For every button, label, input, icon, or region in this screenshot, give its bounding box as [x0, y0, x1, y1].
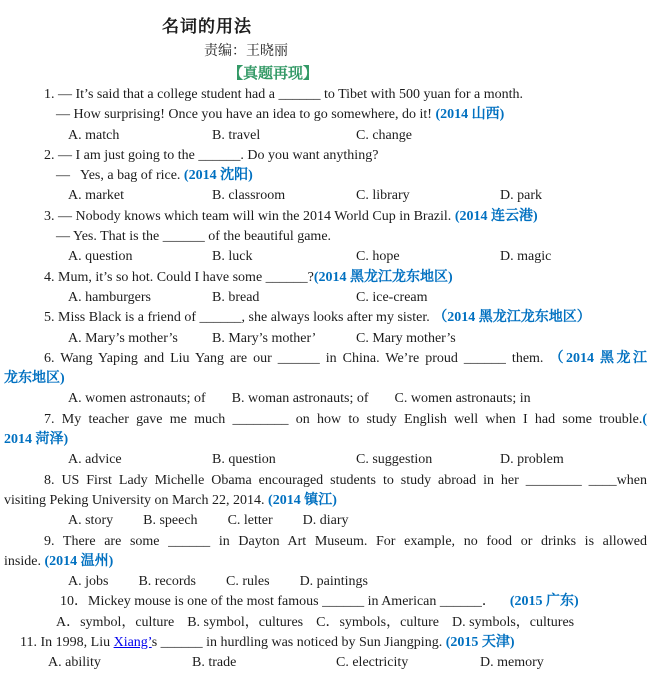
text-run: 8. US First Lady Michelle Obama encourag…	[44, 473, 647, 488]
option: C. ice-cream	[356, 288, 474, 308]
question-stem-line: 2. — I am just going to the ______. Do y…	[4, 146, 647, 166]
question-stem-line: 6. Wang Yaping and Liu Yang are our ____…	[4, 349, 647, 369]
question-options-line: A. marketB. classroomC. libraryD. park	[4, 186, 647, 206]
text-run: 11. In 1998, Liu	[20, 635, 114, 650]
question-stem-line: 10．Mickey mouse is one of the most famou…	[4, 592, 647, 612]
option: A. Mary’s mother’s	[68, 329, 186, 349]
source-tag: (2015 广东)	[510, 594, 579, 609]
option: A. question	[68, 247, 186, 267]
question: 10．Mickey mouse is one of the most famou…	[4, 592, 647, 633]
question: 9. There are some ______ in Dayton Art M…	[4, 532, 647, 593]
source-tag: （2014 黑龙江	[549, 351, 647, 366]
text-run: — Yes. That is the ______ of the beautif…	[56, 229, 331, 244]
option: B. travel	[212, 126, 330, 146]
source-tag: (2014 连云港)	[455, 209, 538, 224]
source-tag: (2014 温州)	[44, 554, 113, 569]
source-tag: (2014 沈阳)	[184, 168, 253, 183]
question-continuation-line: inside. (2014 温州)	[4, 552, 647, 572]
option: B. speech	[143, 511, 197, 531]
text-run: 6. Wang Yaping and Liu Yang are our ____…	[44, 351, 549, 366]
option: C. rules	[226, 572, 270, 592]
question: 6. Wang Yaping and Liu Yang are our ____…	[4, 349, 647, 410]
question-dialog-line: — How surprising! Once you have an idea …	[4, 105, 647, 125]
source-tag: (2014 山西)	[435, 107, 504, 122]
option: C．symbols，culture	[316, 613, 439, 633]
question-continuation-line: visiting Peking University on March 22, …	[4, 491, 647, 511]
source-tag: 龙东地区)	[4, 371, 65, 386]
option: A. advice	[68, 450, 186, 470]
option: A. jobs	[68, 572, 108, 592]
question-options-line: A. Mary’s mother’sB. Mary’s mother’C. Ma…	[4, 329, 647, 349]
option: C. change	[356, 126, 474, 146]
option: B. records	[138, 572, 196, 592]
option: C. hope	[356, 247, 474, 267]
questions: 1. — It’s said that a college student ha…	[4, 85, 647, 674]
editor-line: 责编：王晓丽	[204, 40, 647, 60]
question-stem-line: 9. There are some ______ in Dayton Art M…	[4, 532, 647, 552]
option: C. Mary mother’s	[356, 329, 474, 349]
question: 3. — Nobody knows which team will win th…	[4, 207, 647, 268]
question-continuation-line: 龙东地区)	[4, 369, 647, 389]
source-tag: 2014 菏泽)	[4, 432, 68, 447]
text-run: 2. — I am just going to the ______. Do y…	[44, 148, 378, 163]
question: 5. Miss Black is a friend of ______, she…	[4, 308, 647, 349]
question-options-line: A. questionB. luckC. hopeD. magic	[4, 247, 647, 267]
question-options-line: A. hamburgersB. breadC. ice-cream	[4, 288, 647, 308]
source-tag: (2014 黑龙江龙东地区)	[314, 270, 453, 285]
question: 4. Mum, it’s so hot. Could I have some _…	[4, 268, 647, 309]
question-options-line: A．symbol，cultureB. symbol，culturesC．symb…	[4, 613, 647, 633]
text-run: 5. Miss Black is a friend of ______, she…	[44, 310, 433, 325]
question: 8. US First Lady Michelle Obama encourag…	[4, 471, 647, 532]
text-run: 4. Mum, it’s so hot. Could I have some _…	[44, 270, 314, 285]
option: B. trade	[192, 653, 310, 673]
question-options-line: A. storyB. speechC. letterD. diary	[4, 511, 647, 531]
option: D. magic	[500, 247, 618, 267]
option: A. ability	[48, 653, 166, 673]
option: D. problem	[500, 450, 618, 470]
option: B. question	[212, 450, 330, 470]
question-dialog-line: — Yes, a bag of rice. (2014 沈阳)	[4, 166, 647, 186]
option: D. paintings	[300, 572, 368, 592]
source-tag: (	[642, 412, 647, 427]
option: B. classroom	[212, 186, 330, 206]
option: B. symbol，cultures	[187, 613, 303, 633]
option: B. bread	[212, 288, 330, 308]
text-run: — How surprising! Once you have an idea …	[56, 107, 435, 122]
text-run: 3. — Nobody knows which team will win th…	[44, 209, 455, 224]
option: B. Mary’s mother’	[212, 329, 330, 349]
text-run: 7. My teacher gave me much ________ on h…	[44, 412, 642, 427]
text-run: — Yes, a bag of rice.	[56, 168, 184, 183]
question-continuation-line: 2014 菏泽)	[4, 430, 647, 450]
question: 11. In 1998, Liu Xiang’s ______ in hurdl…	[4, 633, 647, 674]
text-run: inside.	[4, 554, 44, 569]
question-options-line: A. abilityB. tradeC. electricityD. memor…	[4, 653, 647, 673]
question: 7. My teacher gave me much ________ on h…	[4, 410, 647, 471]
question-options-line: A. women astronauts; ofB. woman astronau…	[4, 389, 647, 409]
option: C. suggestion	[356, 450, 474, 470]
text-run: visiting Peking University on March 22, …	[4, 493, 268, 508]
option: A. women astronauts; of	[68, 389, 206, 409]
option: D. park	[500, 186, 618, 206]
option: C. library	[356, 186, 474, 206]
question-options-line: A. matchB. travelC. change	[4, 126, 647, 146]
text-run: 1. — It’s said that a college student ha…	[44, 87, 523, 102]
source-tag: (2014 镇江)	[268, 493, 337, 508]
text-run: s ______ in hurdling was noticed by Sun …	[152, 635, 446, 650]
option: C. women astronauts; in	[395, 389, 531, 409]
question-stem-line: 5. Miss Black is a friend of ______, she…	[4, 308, 647, 328]
document-page: 名词的用法 责编：王晓丽 【真题再现】 1. — It’s said that …	[4, 12, 647, 674]
question-stem-line: 3. — Nobody knows which team will win th…	[4, 207, 647, 227]
question-options-line: A. adviceB. questionC. suggestionD. prob…	[4, 450, 647, 470]
option: D. memory	[480, 653, 598, 673]
question-options-line: A. jobsB. recordsC. rulesD. paintings	[4, 572, 647, 592]
option: A．symbol，culture	[56, 613, 174, 633]
question-dialog-line: — Yes. That is the ______ of the beautif…	[4, 227, 647, 247]
question-stem-line: 8. US First Lady Michelle Obama encourag…	[4, 471, 647, 491]
option: B. luck	[212, 247, 330, 267]
section-header: 【真题再现】	[228, 62, 647, 83]
source-tag: （2014 黑龙江龙东地区）	[433, 310, 591, 325]
question-stem-line: 7. My teacher gave me much ________ on h…	[4, 410, 647, 430]
question-stem-line: 1. — It’s said that a college student ha…	[4, 85, 647, 105]
text-run: 9. There are some ______ in Dayton Art M…	[44, 534, 647, 549]
question-stem-line: 4. Mum, it’s so hot. Could I have some _…	[4, 268, 647, 288]
option: D. symbols，cultures	[452, 613, 574, 633]
option: D. diary	[303, 511, 349, 531]
option: A. market	[68, 186, 186, 206]
text-run: 10．Mickey mouse is one of the most famou…	[60, 594, 510, 609]
option: C. letter	[228, 511, 273, 531]
option: A. match	[68, 126, 186, 146]
question: 2. — I am just going to the ______. Do y…	[4, 146, 647, 207]
page-title: 名词的用法	[162, 12, 647, 37]
option: C. electricity	[336, 653, 454, 673]
option: B. woman astronauts; of	[232, 389, 369, 409]
question: 1. — It’s said that a college student ha…	[4, 85, 647, 146]
source-tag: (2015 天津)	[446, 635, 515, 650]
option: A. hamburgers	[68, 288, 186, 308]
hyperlink[interactable]: Xiang’	[114, 635, 152, 650]
option: A. story	[68, 511, 113, 531]
question-stem-line: 11. In 1998, Liu Xiang’s ______ in hurdl…	[4, 633, 647, 653]
